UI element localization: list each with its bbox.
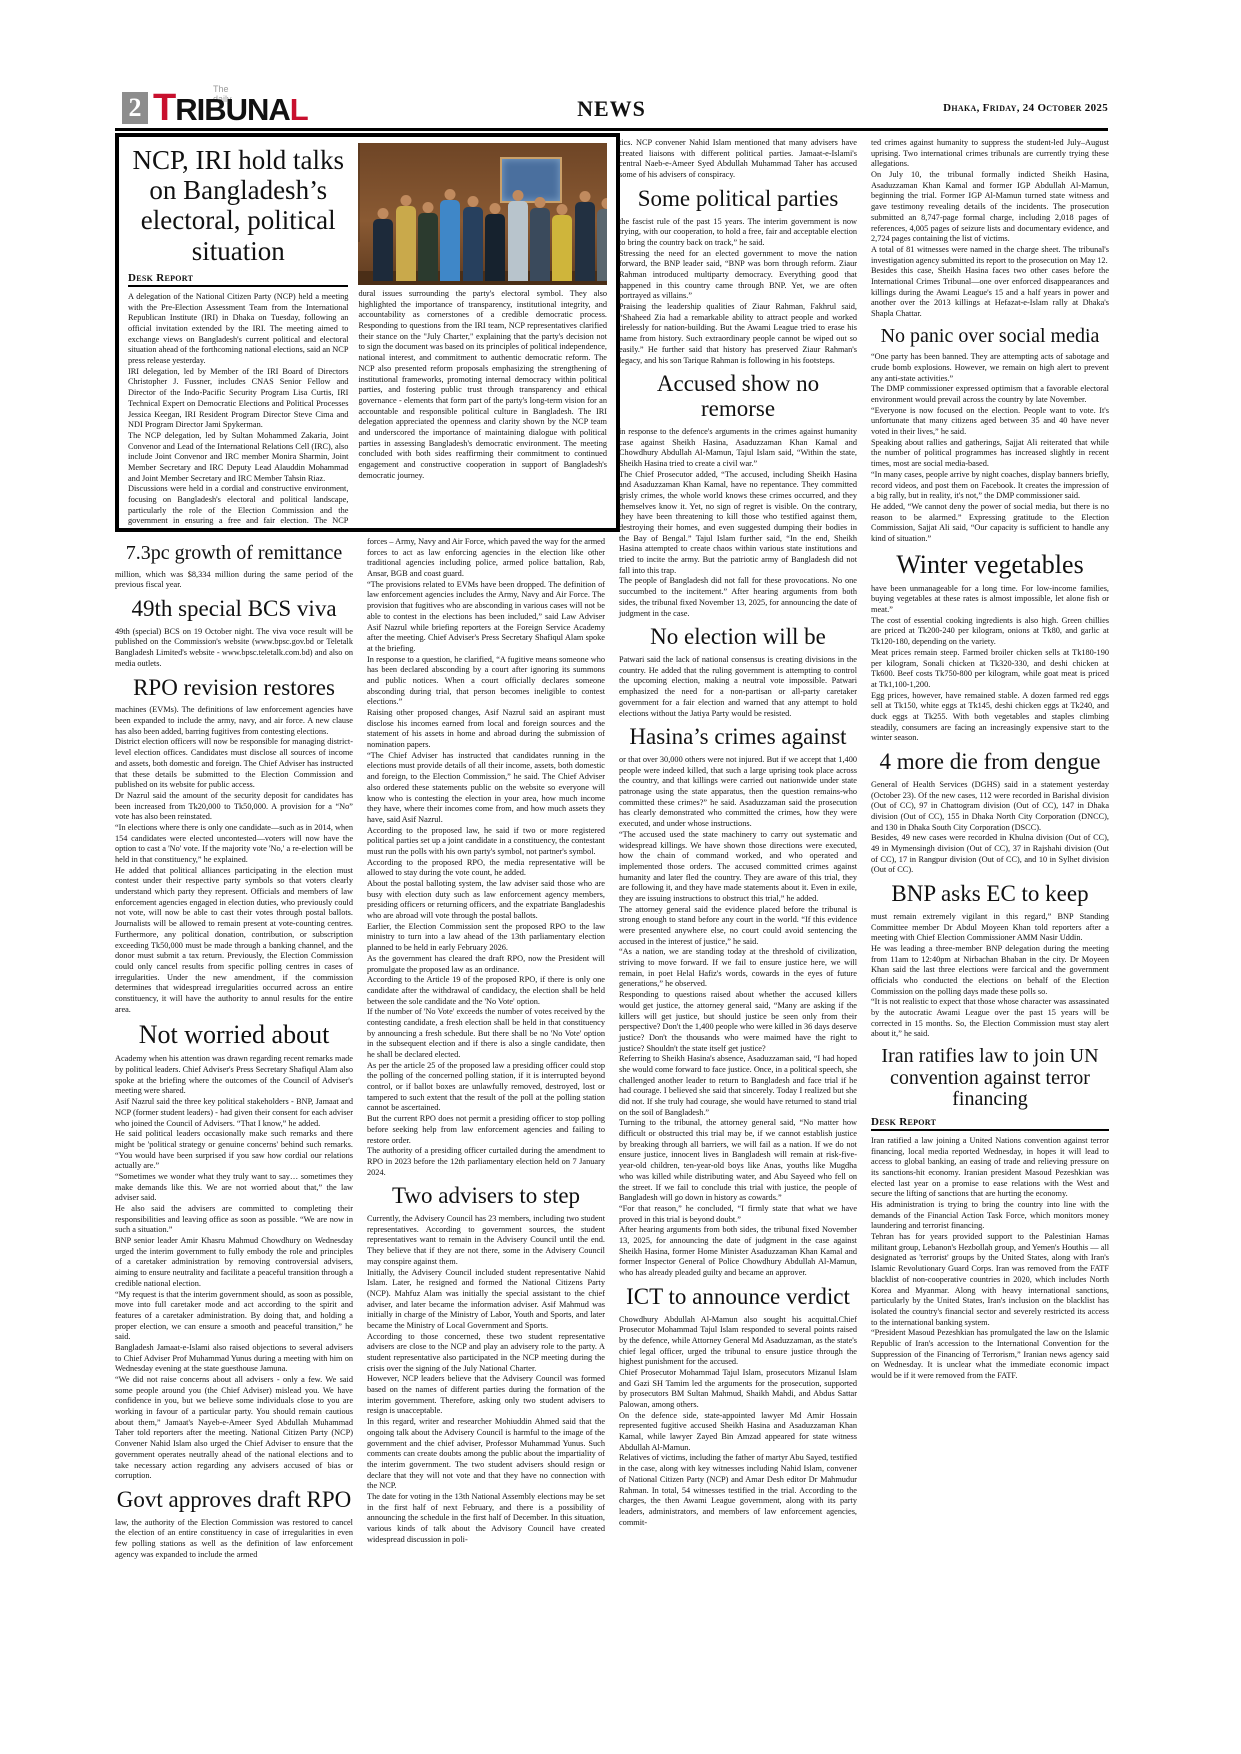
paragraph: “Sometimes we wonder what they truly wan…: [115, 1172, 353, 1204]
paragraph: Responding to questions raised about whe…: [619, 990, 857, 1054]
article-body: “One party has been banned. They are att…: [871, 352, 1109, 544]
article-headline: Govt approves draft RPO: [115, 1488, 353, 1513]
article-body: law, the authority of the Election Commi…: [115, 1518, 353, 1561]
article: No election will be Patwari said the lac…: [619, 625, 857, 719]
person-figure: [463, 207, 483, 281]
person-head: [445, 189, 456, 200]
person-figure: [418, 213, 438, 281]
article: 7.3pc growth of remittance million, whic…: [115, 543, 353, 591]
paragraph: Academy when his attention was drawn reg…: [115, 1054, 353, 1097]
paragraph: The people of Bangladesh did not fall fo…: [619, 576, 857, 619]
article-headline: 49th special BCS viva: [115, 597, 353, 622]
paragraph: After hearing arguments from both sides,…: [619, 1225, 857, 1278]
article: 49th special BCS viva 49th (special) BCS…: [115, 597, 353, 670]
paragraph: The NCP delegation, led by Sultan Mohamm…: [128, 431, 348, 484]
lead-article-right: dural issues surrounding the party's ele…: [358, 143, 607, 522]
person-head: [378, 208, 389, 219]
paragraph: Praising the leadership qualities of Zia…: [619, 302, 857, 366]
paragraph: Besides this case, Sheikh Hasina faces t…: [871, 266, 1109, 319]
article-headline: Iran ratifies law to join UN convention …: [871, 1046, 1109, 1111]
article-headline: No election will be: [619, 625, 857, 650]
paragraph: On the defence side, state-appointed law…: [619, 1411, 857, 1454]
paragraph: “As a nation, we are standing today at t…: [619, 947, 857, 990]
lead-article-left: NCP, IRI hold talks on Bangladesh’s elec…: [128, 143, 348, 522]
newspaper-page: 2 The daily TRIBUNAL NEWS Dhaka, Friday,…: [0, 0, 1241, 1754]
paragraph: machines (EVMs). The definitions of law …: [115, 705, 353, 737]
paragraph: or that over 30,000 others were not inju…: [619, 755, 857, 830]
person-head: [557, 204, 568, 215]
person-figure: [530, 208, 550, 281]
article: tics. NCP convener Nahid Islam mentioned…: [619, 138, 857, 181]
paragraph: “Everyone is now focused on the election…: [871, 406, 1109, 438]
paragraph: The attorney general said the evidence p…: [619, 905, 857, 948]
paragraph: As the government has cleared the draft …: [367, 954, 605, 975]
paragraph: law, the authority of the Election Commi…: [115, 1518, 353, 1561]
article: ICT to announce verdict Chowdhury Abdull…: [619, 1285, 857, 1529]
paragraph: “The provisions related to EVMs have bee…: [367, 580, 605, 655]
masthead: 2 The daily TRIBUNAL NEWS Dhaka, Friday,…: [115, 90, 1108, 128]
article-body: or that over 30,000 others were not inju…: [619, 755, 857, 1279]
person-head: [512, 190, 523, 201]
paragraph: Relatives of victims, including the fath…: [619, 1453, 857, 1528]
paragraph: He said political leaders occasionally m…: [115, 1129, 353, 1172]
article-body: must remain extremely vigilant in this r…: [871, 912, 1109, 1040]
paragraph: According to the Article 19 of the propo…: [367, 975, 605, 1007]
person-head: [490, 203, 501, 214]
article-body: machines (EVMs). The definitions of law …: [115, 705, 353, 1015]
article-headline: 4 more die from dengue: [871, 750, 1109, 775]
article-body: ted crimes against humanity to suppress …: [871, 138, 1109, 320]
article-body: Iran ratified a law joining a United Nat…: [871, 1136, 1109, 1382]
article: 4 more die from dengue General of Health…: [871, 750, 1109, 876]
paragraph: General of Health Services (DGHS) said i…: [871, 780, 1109, 833]
paragraph: In response to a question, he clarified,…: [367, 655, 605, 708]
paragraph: “It is not realistic to expect that thos…: [871, 997, 1109, 1040]
article-body: forces – Army, Navy and Air Force, which…: [367, 537, 605, 1178]
paragraph: must remain extremely vigilant in this r…: [871, 912, 1109, 944]
paragraph: The DMP commissioner expressed optimism …: [871, 384, 1109, 405]
article: forces – Army, Navy and Air Force, which…: [367, 537, 605, 1178]
paragraph: According to those concerned, these two …: [367, 1332, 605, 1375]
issue-date: Dhaka, Friday, 24 October 2025: [943, 102, 1108, 114]
lead-article-byline: Desk Report: [128, 272, 348, 284]
article-body: Chowdhury Abdullah Al-Mamun also sought …: [619, 1315, 857, 1529]
person-figure: [440, 200, 460, 281]
article-headline: Not worried about: [115, 1021, 353, 1049]
article: Winter vegetables have been unmanageable…: [871, 551, 1109, 744]
paragraph: Raising other proposed changes, Asif Naz…: [367, 708, 605, 751]
article-body: Patwari said the lack of national consen…: [619, 655, 857, 719]
article-body: in response to the defence's arguments i…: [619, 427, 857, 619]
paragraph: Discussions were held in a cordial and c…: [128, 484, 348, 532]
article-body: Currently, the Advisery Council has 23 m…: [367, 1214, 605, 1545]
paragraph: Speaking about rallies and gatherings, S…: [871, 438, 1109, 470]
paragraph: The authority of a presiding officer cur…: [367, 1146, 605, 1178]
paragraph: Patwari said the lack of national consen…: [619, 655, 857, 719]
paragraph: tics. NCP convener Nahid Islam mentioned…: [619, 138, 857, 181]
paragraph: “The Chief Adviser has instructed that c…: [367, 751, 605, 826]
article: BNP asks EC to keep must remain extremel…: [871, 882, 1109, 1040]
article: Not worried about Academy when his atten…: [115, 1021, 353, 1482]
person-figure: [597, 209, 607, 281]
article: RPO revision restores machines (EVMs). T…: [115, 676, 353, 1016]
article-headline: No panic over social media: [871, 326, 1109, 348]
wall-picture-frame: [500, 157, 562, 203]
article-byline: Desk Report: [871, 1116, 1109, 1128]
person-head: [534, 197, 545, 208]
paragraph: According to the proposed law, he said i…: [367, 826, 605, 858]
article-body: Academy when his attention was drawn reg…: [115, 1054, 353, 1482]
paragraph: “President Masoud Pezeshkian has promulg…: [871, 1328, 1109, 1381]
paragraph: According to the proposed RPO, the media…: [367, 858, 605, 879]
article-headline: Hasina’s crimes against: [619, 725, 857, 750]
news-column-3: tics. NCP convener Nahid Islam mentioned…: [619, 138, 857, 1534]
paragraph: “We did not raise concerns about all adv…: [115, 1375, 353, 1482]
person-head: [579, 191, 590, 202]
paragraph: However, NCP leaders believe that the Ad…: [367, 1374, 605, 1417]
person-head: [423, 202, 434, 213]
paragraph: “For that reason,” he concluded, “I firm…: [619, 1204, 857, 1225]
paragraph: He added that political alliances partic…: [115, 866, 353, 1016]
byline-rule: [128, 285, 348, 287]
person-head: [467, 196, 478, 207]
paragraph: 49th (special) BCS on 19 October night. …: [115, 627, 353, 670]
article-body: 49th (special) BCS on 19 October night. …: [115, 627, 353, 670]
paragraph: He added, “We cannot deny the power of s…: [871, 502, 1109, 545]
header-rule: [115, 128, 1108, 131]
person-figure: [552, 215, 572, 281]
person-head: [602, 198, 607, 209]
person-figure: [575, 202, 595, 281]
news-column-4: ted crimes against humanity to suppress …: [871, 138, 1109, 1388]
delegation-group-photo: [358, 143, 607, 285]
lead-article-body-left: A delegation of the National Citizen Par…: [128, 292, 348, 532]
article-body: million, which was $8,334 million during…: [115, 570, 353, 591]
article: Govt approves draft RPO law, the authori…: [115, 1488, 353, 1561]
article-headline: Some political parties: [619, 187, 857, 212]
paragraph: Stressing the need for an elected govern…: [619, 249, 857, 302]
article-headline: Winter vegetables: [871, 551, 1109, 579]
article: Iran ratifies law to join UN convention …: [871, 1046, 1109, 1382]
lead-article-headline: NCP, IRI hold talks on Bangladesh’s elec…: [128, 145, 348, 266]
paragraph: “My request is that the interim governme…: [115, 1290, 353, 1343]
article-headline: BNP asks EC to keep: [871, 882, 1109, 907]
paragraph: Turning to the tribunal, the attorney ge…: [619, 1118, 857, 1204]
paragraph: the fascist rule of the past 15 years. T…: [619, 217, 857, 249]
paragraph: Egg prices, however, have remained stabl…: [871, 691, 1109, 744]
paragraph: Dr Nazrul said the amount of the securit…: [115, 791, 353, 823]
paragraph: As per the article 25 of the proposed la…: [367, 1061, 605, 1114]
paragraph: About the postal balloting system, the l…: [367, 879, 605, 922]
paragraph: District election officers will now be r…: [115, 737, 353, 790]
article-headline: 7.3pc growth of remittance: [115, 543, 353, 565]
article-body: General of Health Services (DGHS) said i…: [871, 780, 1109, 876]
article-headline: Two advisers to step: [367, 1184, 605, 1209]
article: ted crimes against humanity to suppress …: [871, 138, 1109, 320]
article-headline: Accused show no remorse: [619, 372, 857, 422]
paragraph: Meat prices remain steep. Farmed broiler…: [871, 648, 1109, 691]
paragraph: He also said the advisers are committed …: [115, 1204, 353, 1236]
paragraph: Bangladesh Jamaat-e-Islami also raised o…: [115, 1343, 353, 1375]
lead-article-box: NCP, IRI hold talks on Bangladesh’s elec…: [115, 133, 620, 532]
paragraph: He was leading a three-member BNP delega…: [871, 944, 1109, 997]
paragraph: But the current RPO does not permit a pr…: [367, 1114, 605, 1146]
paragraph: Iran ratified a law joining a United Nat…: [871, 1136, 1109, 1200]
paragraph: dural issues surrounding the party's ele…: [358, 289, 607, 481]
article: Some political parties the fascist rule …: [619, 187, 857, 366]
paragraph: On July 10, the tribunal formally indict…: [871, 170, 1109, 245]
paragraph: “The accused used the state machinery to…: [619, 830, 857, 905]
article-body: have been unmanageable for a long time. …: [871, 584, 1109, 744]
person-figure: [485, 214, 505, 281]
article: Accused show no remorse in response to t…: [619, 372, 857, 619]
article: Two advisers to step Currently, the Advi…: [367, 1184, 605, 1545]
paragraph: The Chief Prosecutor added, “The accused…: [619, 470, 857, 577]
person-head: [400, 195, 411, 206]
paragraph: Tehran has for years provided support to…: [871, 1232, 1109, 1328]
article-body: the fascist rule of the past 15 years. T…: [619, 217, 857, 367]
article-headline: ICT to announce verdict: [619, 1285, 857, 1310]
paragraph: Chowdhury Abdullah Al-Mamun also sought …: [619, 1315, 857, 1368]
paragraph: Currently, the Advisery Council has 23 m…: [367, 1214, 605, 1267]
paragraph: Asif Nazrul said the three key political…: [115, 1097, 353, 1129]
paragraph: Besides, 49 new cases were recorded in K…: [871, 833, 1109, 876]
news-column-2: forces – Army, Navy and Air Force, which…: [367, 537, 605, 1551]
paragraph: Initially, the Advisery Council included…: [367, 1268, 605, 1332]
person-figure: [373, 219, 393, 281]
paragraph: in response to the defence's arguments i…: [619, 427, 857, 470]
byline-rule: [871, 1129, 1109, 1131]
paragraph: Earlier, the Election Commission sent th…: [367, 922, 605, 954]
person-figure: [396, 206, 416, 281]
paragraph: Referring to Sheikh Hasina's absence, As…: [619, 1054, 857, 1118]
paragraph: The cost of essential cooking ingredient…: [871, 616, 1109, 648]
paragraph: In this regard, writer and researcher Mo…: [367, 1417, 605, 1492]
article: Hasina’s crimes against or that over 30,…: [619, 725, 857, 1279]
paragraph: If the number of 'No Vote' exceeds the n…: [367, 1007, 605, 1060]
paragraph: A delegation of the National Citizen Par…: [128, 292, 348, 367]
paragraph: ted crimes against humanity to suppress …: [871, 138, 1109, 170]
article: No panic over social media “One party ha…: [871, 326, 1109, 545]
paragraph: Chief Prosecutor Mohammad Tajul Islam, p…: [619, 1368, 857, 1411]
article-byline-wrap: Desk Report: [871, 1116, 1109, 1131]
paragraph: “One party has been banned. They are att…: [871, 352, 1109, 384]
paragraph: “In elections where there is only one ca…: [115, 823, 353, 866]
paragraph: forces – Army, Navy and Air Force, which…: [367, 537, 605, 580]
article-headline: RPO revision restores: [115, 676, 353, 701]
paragraph: million, which was $8,334 million during…: [115, 570, 353, 591]
person-figure: [508, 201, 528, 281]
paragraph: “In many cases, people arrive by night c…: [871, 470, 1109, 502]
paragraph: IRI delegation, led by Member of the IRI…: [128, 367, 348, 431]
paragraph: A total of 81 witnesses were named in th…: [871, 245, 1109, 266]
paragraph: have been unmanageable for a long time. …: [871, 584, 1109, 616]
paragraph: His administration is trying to bring th…: [871, 1200, 1109, 1232]
paragraph: The date for voting in the 13th National…: [367, 1492, 605, 1545]
news-column-1: 7.3pc growth of remittance million, whic…: [115, 537, 353, 1566]
paragraph: BNP senior leader Amir Khasru Mahmud Cho…: [115, 1236, 353, 1289]
article-body: tics. NCP convener Nahid Islam mentioned…: [619, 138, 857, 181]
lead-article-body-right: dural issues surrounding the party's ele…: [358, 289, 607, 481]
